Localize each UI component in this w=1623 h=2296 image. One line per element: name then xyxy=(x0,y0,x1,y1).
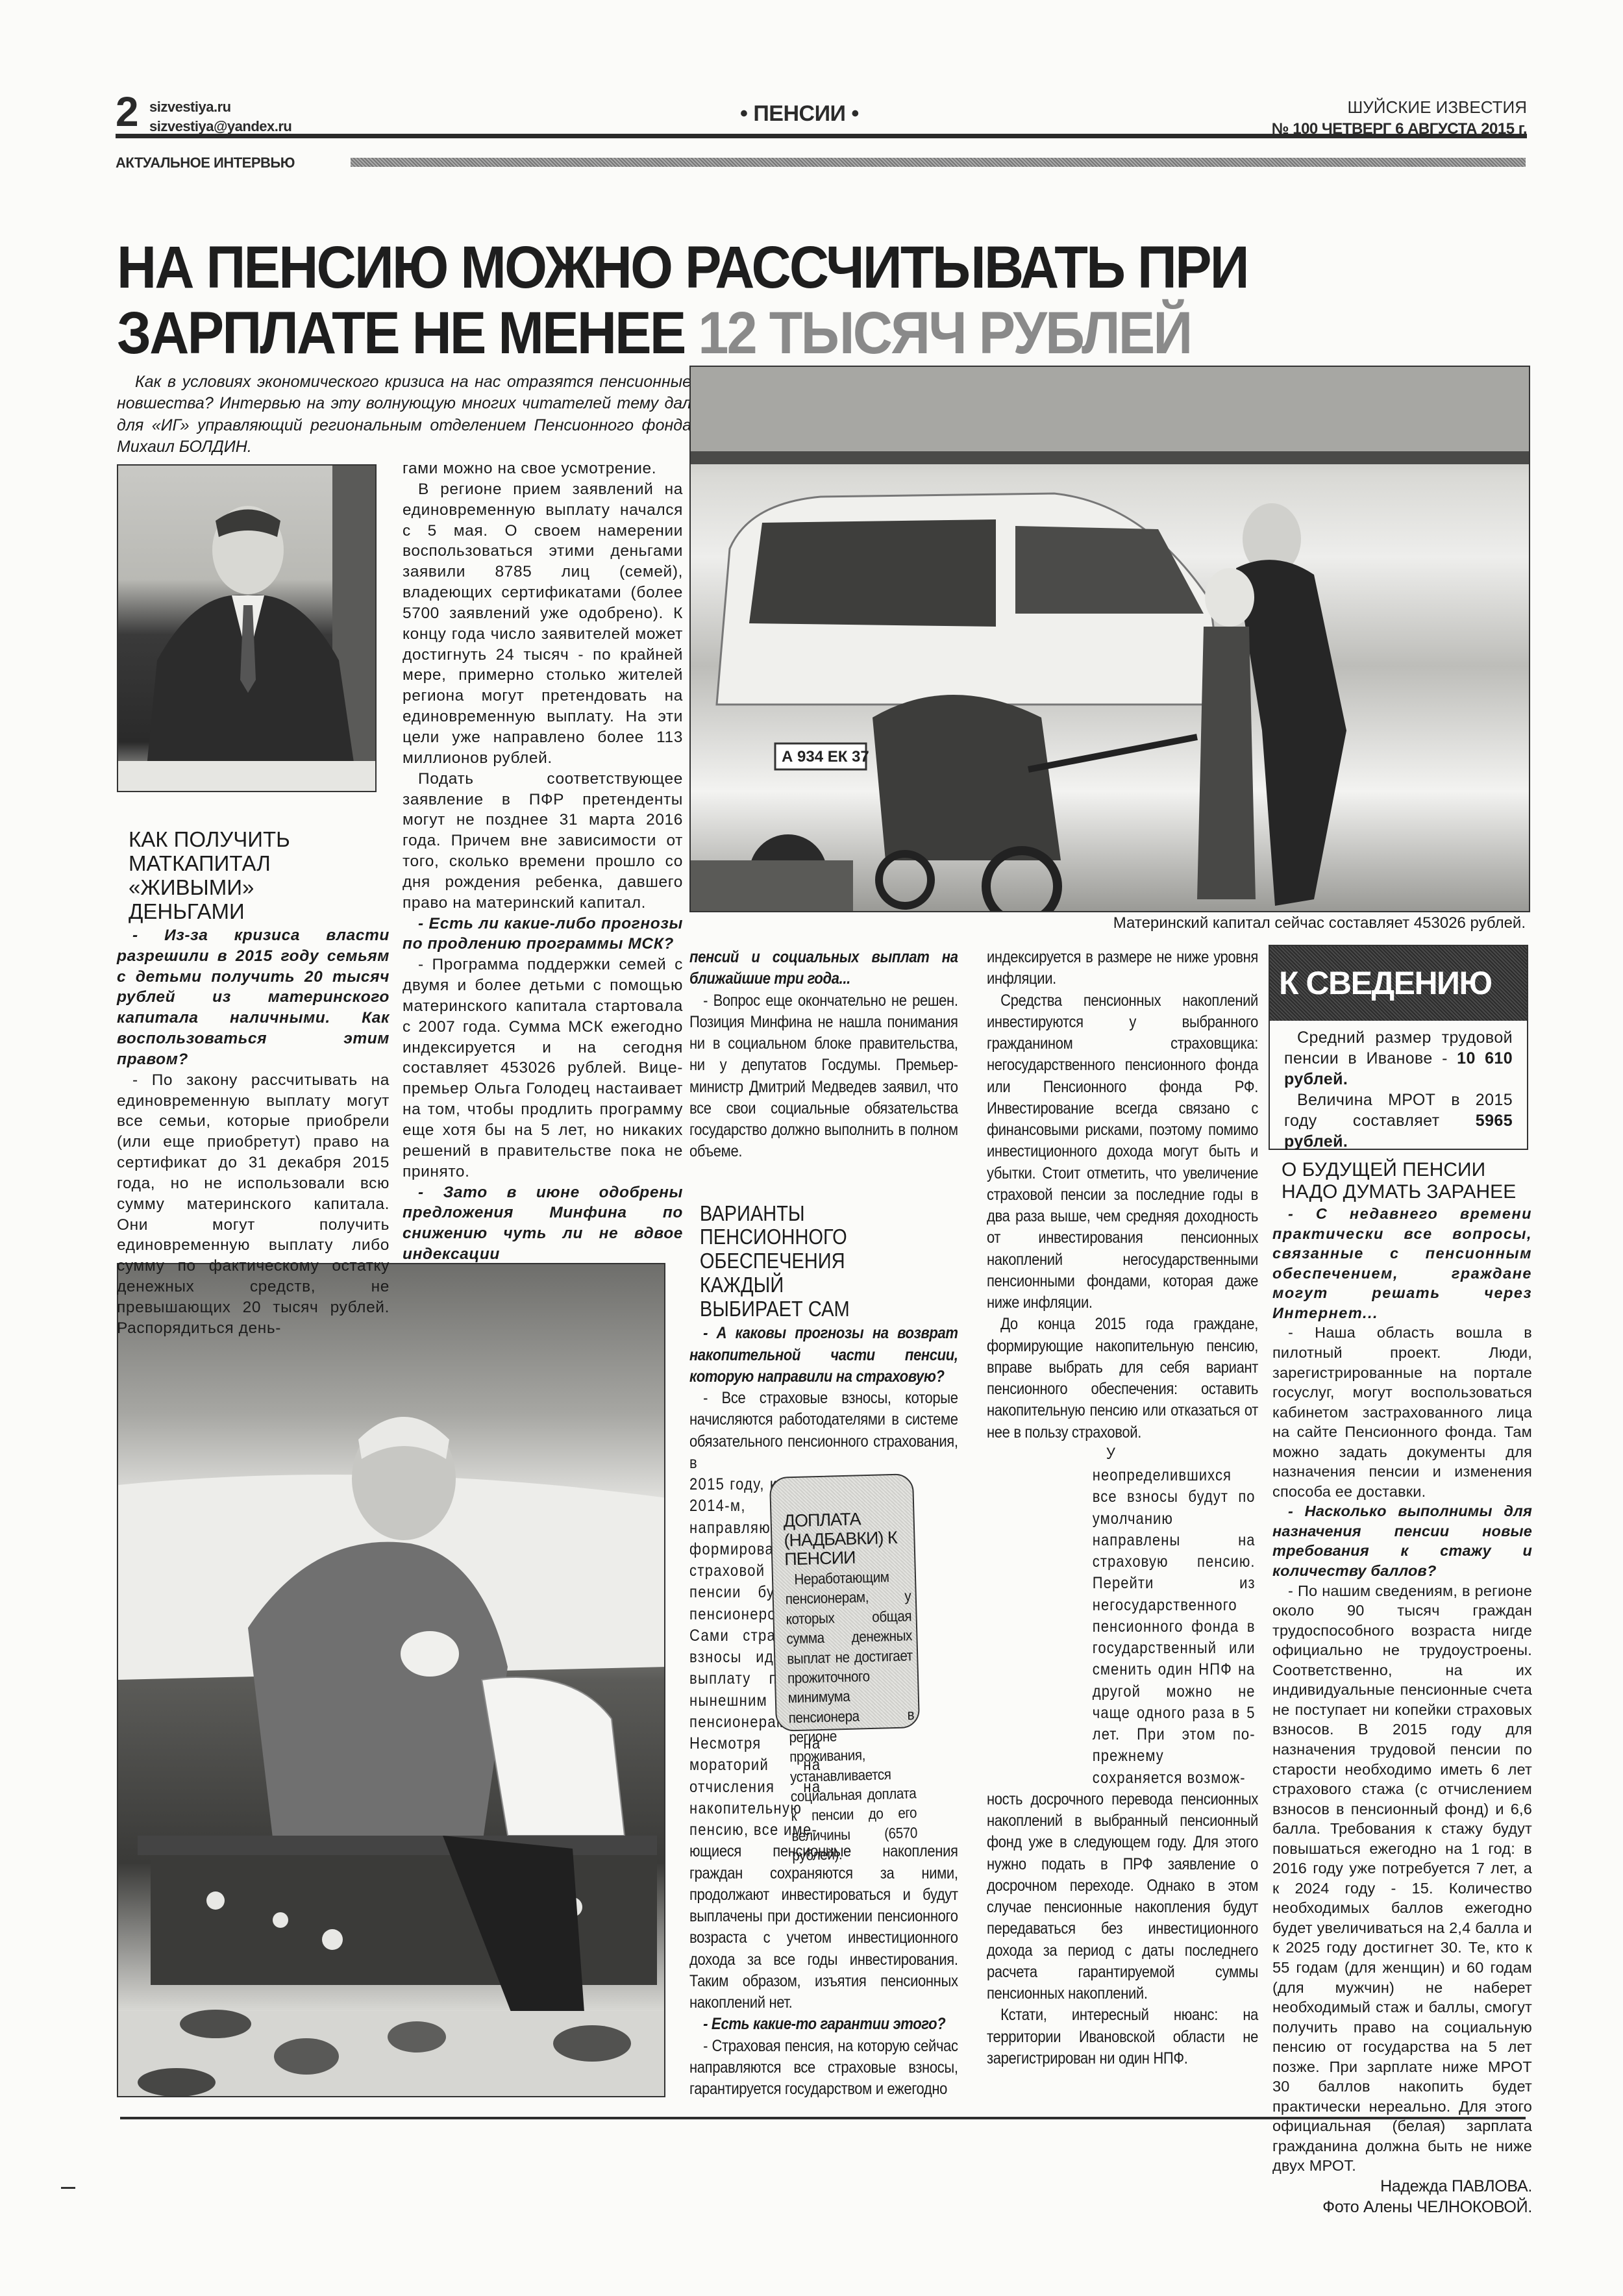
stroller-photo: А 934 ЕК 37 xyxy=(689,366,1530,912)
question-3-cont: пенсий и социальных выплат на ближайшие … xyxy=(689,947,958,990)
article-column-2: гами можно на свое усмотрение. В регионе… xyxy=(403,458,683,1265)
stroller-scene-icon: А 934 ЕК 37 xyxy=(691,367,1530,912)
answer-2: - Программа поддержки семей с двумя и бо… xyxy=(403,955,683,1182)
pensioner-photo xyxy=(117,1263,665,2097)
supplement-sidebar: ДОПЛАТА (НАДБАВКИ) К ПЕНСИИ Неработающим… xyxy=(769,1473,920,1732)
info-box: К СВЕДЕНИЮ Средний размер трудовой пенси… xyxy=(1269,945,1528,1150)
paragraph: гами можно на свое усмотрение. xyxy=(403,458,683,479)
answer-3: - Вопрос еще окончательно не решен. Пози… xyxy=(689,990,958,1163)
question-5: - Есть какие-то гарантии этого? xyxy=(689,2014,958,2035)
info-fact-pension: Средний размер трудовой пенсии в Иванове… xyxy=(1284,1027,1513,1090)
masthead-contacts: sizvestiya.ru sizvestiya@yandex.ru xyxy=(149,97,291,136)
paper-name: ШУЙСКИЕ ИЗВЕСТИЯ xyxy=(1272,96,1527,119)
article-column-4: индексируется в размере не ниже уровня и… xyxy=(987,947,1258,2069)
article-column-1: КАК ПОЛУЧИТЬ МАТКАПИТАЛ «ЖИВЫМИ» ДЕНЬГАМ… xyxy=(117,828,390,1339)
article-column-right: О БУДУЩЕЙ ПЕНСИИ НАДО ДУМАТЬ ЗАРАНЕЕ - С… xyxy=(1272,1159,1532,2218)
answer-6: - Наша область вошла в пилотный проект. … xyxy=(1272,1323,1532,1501)
question-2: - Есть ли какие-либо прогнозы по продлен… xyxy=(403,914,683,955)
sidebar-text: Неработающим пенсионерам, у которых обща… xyxy=(785,1566,918,1865)
paragraph: Кстати, интересный нюанс: на территории … xyxy=(987,2004,1258,2069)
question-4: - А каковы прогнозы на возврат накопител… xyxy=(689,1323,958,1388)
info-fact-mrot: Величина МРОТ в 2015 году составляет 596… xyxy=(1284,1090,1513,1152)
question-3: - Зато в июне одобрены предложения Минфи… xyxy=(403,1182,683,1265)
answer-4-cont: ющиеся пенсионные накопления граждан сох… xyxy=(689,1841,958,2014)
headline-line1: НА ПЕНСИЮ МОЖНО РАССЧИТЫВАТЬ ПРИ xyxy=(117,234,1248,301)
info-box-title: К СВЕДЕНИЮ xyxy=(1270,946,1527,1021)
paragraph: Средства пенсионных накоплений инвестиру… xyxy=(987,990,1258,1314)
question-1: - Из-за кризиса власти разрешили в 2015 … xyxy=(117,925,390,1070)
pensioner-scene-icon xyxy=(118,1264,665,2097)
question-7: - Насколько выполнимы для назначения пен… xyxy=(1272,1501,1532,1580)
paragraph: В регионе прием заявлений на единовремен… xyxy=(403,479,683,769)
answer-5: - Страховая пенсия, на которую сейчас на… xyxy=(689,2036,958,2101)
paragraph: индексируется в размере не ниже уровня и… xyxy=(987,947,1258,990)
photo-caption: Материнский капитал сейчас составляет 45… xyxy=(974,916,1526,931)
photo-credit: Фото Алены ЧЕЛНОКОВОЙ. xyxy=(1272,2197,1532,2218)
lead-paragraph: Как в условиях экономического кризиса на… xyxy=(117,371,691,458)
license-plate: А 934 ЕК 37 xyxy=(782,748,869,766)
portrait-figure-icon xyxy=(118,466,377,792)
paragraph: Подать соответствующее заявление в ПФР п… xyxy=(403,769,683,914)
crop-mark xyxy=(61,2187,75,2189)
email-link[interactable]: sizvestiya@yandex.ru xyxy=(149,117,291,136)
headline-highlight: 12 ТЫСЯЧ РУБЛЕЙ xyxy=(698,300,1191,366)
paragraph: ность досрочного перевода пенсионных нак… xyxy=(987,1789,1258,2005)
subhead-matcapital: КАК ПОЛУЧИТЬ МАТКАПИТАЛ «ЖИВЫМИ» ДЕНЬГАМ… xyxy=(129,828,375,924)
footer-rule xyxy=(120,2117,1526,2119)
page-number: 2 xyxy=(116,91,139,132)
author-byline: Надежда ПАВЛОВА. xyxy=(1272,2176,1532,2197)
answer-1: - По закону рассчитывать на единовременн… xyxy=(117,1070,390,1339)
answer-4: - Все страховые взносы, которые начисляю… xyxy=(689,1388,958,1474)
paragraph: До конца 2015 года граждане, формирующие… xyxy=(987,1314,1258,1443)
subhead-variants: ВАРИАНТЫ ПЕНСИОННОГО ОБЕСПЕЧЕНИЯ КАЖДЫЙ … xyxy=(700,1202,871,1322)
info-box-body: Средний размер трудовой пенсии в Иванове… xyxy=(1270,1021,1527,1158)
rubric-title: • ПЕНСИИ • xyxy=(740,103,859,125)
headline: НА ПЕНСИЮ МОЖНО РАССЧИТЫВАТЬ ПРИ ЗАРПЛАТ… xyxy=(117,235,1401,366)
paragraph-narrow: У неопределившихся все взносы будут по у… xyxy=(1093,1443,1256,1789)
portrait-photo xyxy=(117,464,377,792)
subhead-future-pension: О БУДУЩЕЙ ПЕНСИИ НАДО ДУМАТЬ ЗАРАНЕЕ xyxy=(1282,1159,1532,1203)
question-6: - С недавнего времени практически все во… xyxy=(1272,1204,1532,1323)
section-bar xyxy=(351,158,1526,167)
sidebar-title: ДОПЛАТА (НАДБАВКИ) К ПЕНСИИ xyxy=(783,1508,908,1569)
headline-line2: ЗАРПЛАТЕ НЕ МЕНЕЕ xyxy=(117,300,698,366)
section-tag: АКТУАЛЬНОЕ ИНТЕРВЬЮ xyxy=(116,156,295,170)
header-rule xyxy=(116,134,1527,138)
website-link[interactable]: sizvestiya.ru xyxy=(149,97,291,117)
answer-7: - По нашим сведениям, в регионе около 90… xyxy=(1272,1581,1532,2176)
